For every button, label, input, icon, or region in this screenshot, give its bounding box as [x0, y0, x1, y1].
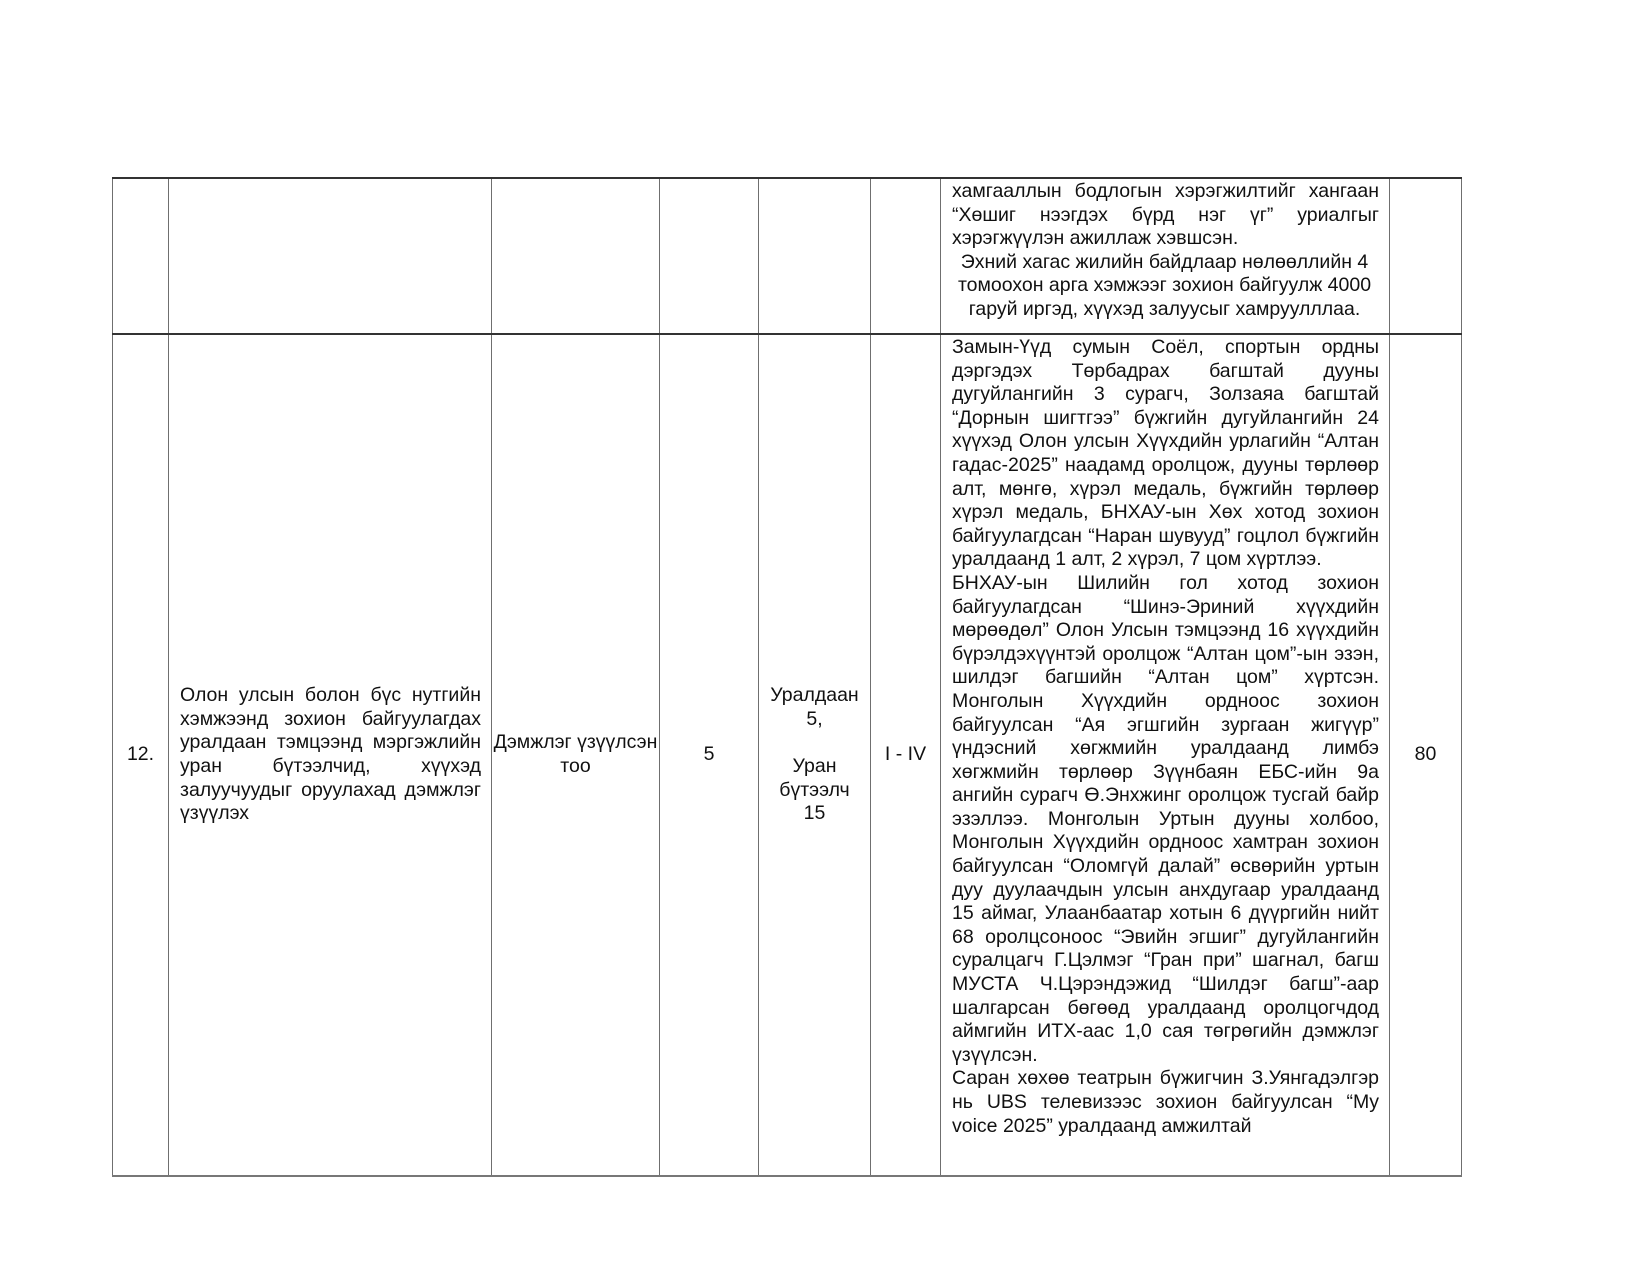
document-page: хамгааллын бодлогын хэрэгжилтийг хангаан…	[0, 0, 1650, 1275]
actual-line: Уралдаан	[759, 684, 870, 708]
score-cell	[1390, 178, 1462, 334]
score-cell: 80	[1390, 334, 1462, 1176]
target-cell: 5	[660, 334, 759, 1176]
actual-line: 5,	[759, 708, 870, 732]
result-cell: хамгааллын бодлогын хэрэгжилтийг хангаан…	[941, 178, 1390, 334]
row-index-cell	[113, 178, 169, 334]
indicator-cell: Дэмжлэг үзүүлсэн тоо	[492, 334, 660, 1176]
target-cell	[660, 178, 759, 334]
objective-cell	[169, 178, 492, 334]
result-cell: Замын-Үүд сумын Соёл, спортын ордны дэрг…	[941, 334, 1390, 1176]
actual-line: бүтээлч	[759, 779, 870, 803]
result-paragraph: Саран хөхөө театрын бүжигчин З.Уянгадэлг…	[952, 1067, 1379, 1138]
actual-line	[759, 731, 870, 755]
actual-lines: Уралдаан5,Уранбүтээлч15	[759, 684, 870, 826]
quarter-cell	[871, 178, 941, 334]
result-paragraph: Эхний хагас жилийн байдлаар нөлөөллийн 4…	[952, 251, 1379, 322]
table-row: 12. Олон улсын болон бүс нутгийн хэмжээн…	[113, 334, 1462, 1176]
indicator-cell	[492, 178, 660, 334]
table-row: хамгааллын бодлогын хэрэгжилтийг хангаан…	[113, 178, 1462, 334]
result-paragraph: хамгааллын бодлогын хэрэгжилтийг хангаан…	[952, 180, 1379, 251]
actual-line: 15	[759, 802, 870, 826]
actual-line: Уран	[759, 755, 870, 779]
quarter-cell: I - IV	[871, 334, 941, 1176]
result-text: хамгааллын бодлогын хэрэгжилтийг хангаан…	[941, 179, 1389, 322]
actual-cell	[759, 178, 871, 334]
evaluation-table: хамгааллын бодлогын хэрэгжилтийг хангаан…	[112, 177, 1462, 1177]
result-paragraph: БНХАУ-ын Шилийн гол хотод зохион байгуул…	[952, 572, 1379, 1067]
objective-cell: Олон улсын болон бүс нутгийн хэмжээнд зо…	[169, 334, 492, 1176]
actual-cell: Уралдаан5,Уранбүтээлч15	[759, 334, 871, 1176]
result-text: Замын-Үүд сумын Соёл, спортын ордны дэрг…	[941, 335, 1389, 1175]
row-index-cell: 12.	[113, 334, 169, 1176]
result-paragraph: Замын-Үүд сумын Соёл, спортын ордны дэрг…	[952, 336, 1379, 572]
